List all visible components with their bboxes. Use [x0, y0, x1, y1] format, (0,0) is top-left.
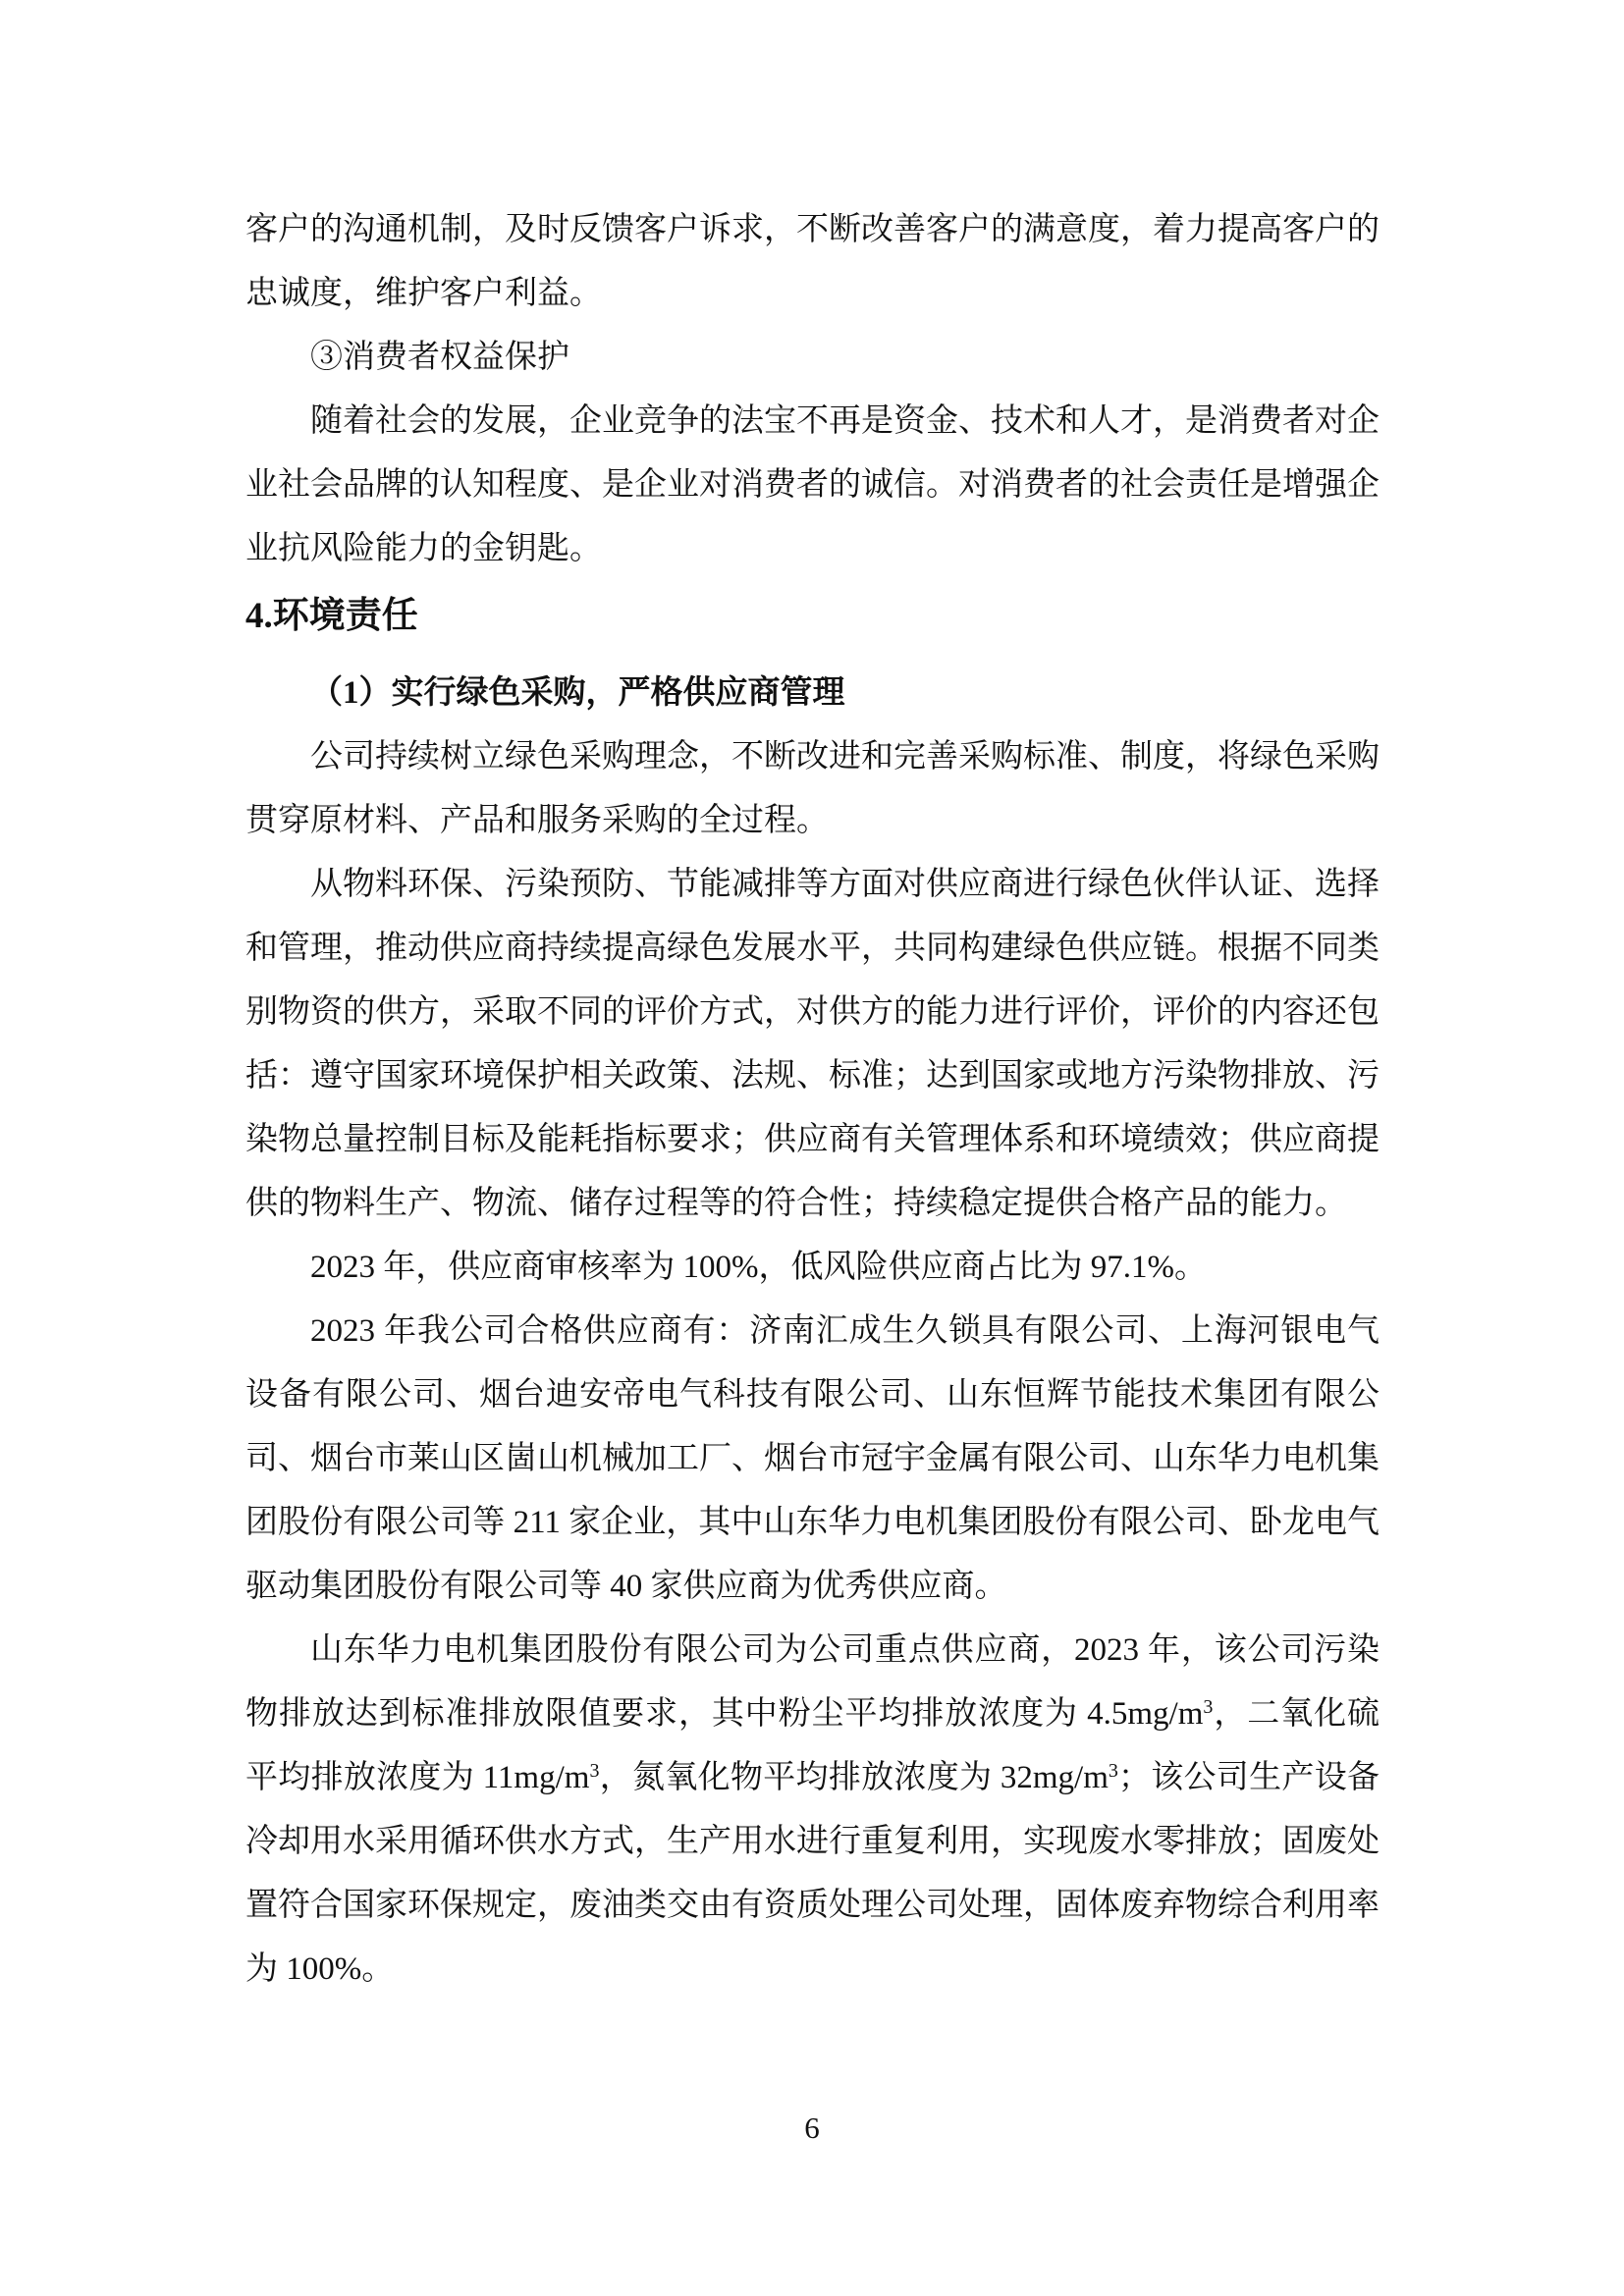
paragraph-customer-communication: 客户的沟通机制，及时反馈客户诉求，不断改善客户的满意度，着力提高客户的忠诚度，维… — [245, 198, 1380, 326]
paragraph-consumer-responsibility: 随着社会的发展，企业竞争的法宝不再是资金、技术和人才，是消费者对企业社会品牌的认… — [245, 390, 1380, 581]
superscript-cubed: 3 — [1203, 1696, 1213, 1718]
page-number: 6 — [0, 2109, 1624, 2148]
paragraph-supplier-evaluation: 从物料环保、污染预防、节能减排等方面对供应商进行绿色伙伴认证、选择和管理，推动供… — [245, 853, 1380, 1236]
superscript-cubed: 3 — [1109, 1760, 1118, 1782]
page-content: 客户的沟通机制，及时反馈客户诉求，不断改善客户的满意度，着力提高客户的忠诚度，维… — [245, 198, 1380, 2002]
heading-environmental-responsibility: 4.环境责任 — [245, 593, 1380, 640]
paragraph-green-procurement-concept: 公司持续树立绿色采购理念，不断改进和完善采购标准、制度，将绿色采购贯穿原材料、产… — [245, 725, 1380, 853]
heading-consumer-rights: ③消费者权益保护 — [245, 326, 1380, 390]
heading-green-procurement: （1）实行绿色采购，严格供应商管理 — [245, 662, 1380, 725]
paragraph-key-supplier-emissions: 山东华力电机集团股份有限公司为公司重点供应商，2023 年，该公司污染物排放达到… — [245, 1619, 1380, 2002]
document-page: 客户的沟通机制，及时反馈客户诉求，不断改善客户的满意度，着力提高客户的忠诚度，维… — [0, 0, 1624, 2296]
emissions-text-segment: ，氮氧化物平均排放浓度为 32mg/m — [599, 1760, 1108, 1795]
superscript-cubed: 3 — [589, 1760, 599, 1782]
paragraph-supplier-audit-rate: 2023 年，供应商审核率为 100%，低风险供应商占比为 97.1%。 — [245, 1236, 1380, 1300]
paragraph-qualified-suppliers: 2023 年我公司合格供应商有：济南汇成生久锁具有限公司、上海河银电气设备有限公… — [245, 1300, 1380, 1619]
